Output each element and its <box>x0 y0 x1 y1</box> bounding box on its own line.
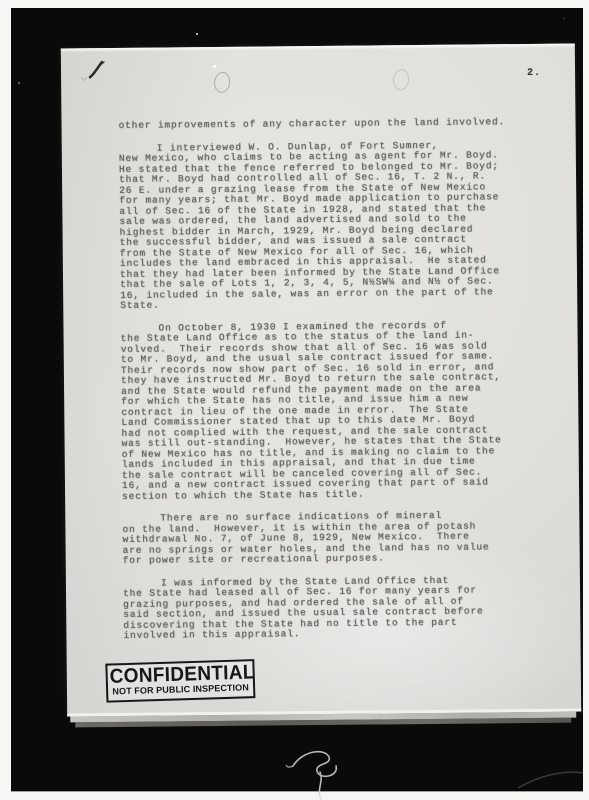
pen-mark <box>81 58 111 82</box>
faint-scratch-mark <box>516 756 586 796</box>
paragraph: other improvements of any character upon… <box>119 117 529 131</box>
page-number: 2. <box>527 68 541 79</box>
paragraph: On October 8, 1930 I examined the record… <box>120 319 532 501</box>
stamp-title: CONFIDENTIAL <box>109 663 251 687</box>
dust-speck <box>213 65 216 68</box>
confidential-stamp: CONFIDENTIAL NOT FOR PUBLIC INSPECTION <box>105 659 255 703</box>
document-text: other improvements of any character upon… <box>119 117 534 653</box>
dust-speck <box>18 82 20 84</box>
paragraph: I was informed by the State Land Office … <box>123 574 534 641</box>
paragraph: There are no surface indications of mine… <box>122 510 532 566</box>
document-page: 2. other improvements of any character u… <box>61 44 581 717</box>
paragraph: I interviewed W. O. Dunlap, of Fort Sumn… <box>119 139 531 311</box>
dust-speck <box>196 33 198 35</box>
dust-speck <box>563 18 565 19</box>
punch-hole-mark <box>213 71 231 94</box>
thread-scratch-mark <box>285 740 369 800</box>
punch-hole-mark <box>392 68 410 91</box>
photo-black-background: 2. other improvements of any character u… <box>11 8 583 791</box>
